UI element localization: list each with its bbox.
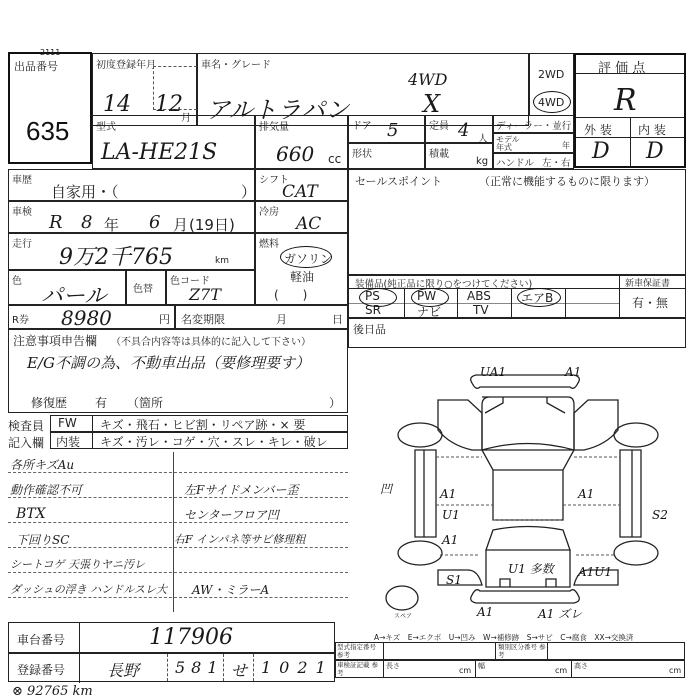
doors-value: 5 <box>387 120 398 141</box>
doors-cell: ドア 5 <box>348 115 425 143</box>
width-label: 幅 <box>478 661 485 671</box>
mark-rear-bumper-left: A1 <box>477 605 493 619</box>
inspector-label-1: 検査員 <box>8 417 44 434</box>
fuel-cell: 燃料 ガソリン 軽油 ( ) <box>255 233 348 305</box>
interior-score: D <box>646 139 664 164</box>
color-label: 色 <box>12 272 22 287</box>
mileage-label: 走行 <box>12 235 32 250</box>
width-unit: cm <box>555 666 567 675</box>
first-registration-month: 12 <box>155 92 183 117</box>
registration-class: 581 <box>175 658 224 677</box>
remarks-area: 各所キズAu 動作確認不可 BTX 下回りSC シートコゲ 天張りヤニ汚レ ダッ… <box>8 452 348 612</box>
footer-mileage: ⊗ 92765 km <box>12 684 93 699</box>
capacity-value: 4 <box>458 120 469 141</box>
mark-roof-rear: U1 多数 <box>508 560 554 577</box>
fw-label: FW <box>58 416 77 430</box>
name-change-day: 日 <box>332 311 343 327</box>
exterior-score: D <box>592 139 610 164</box>
name-change-month: 月 <box>276 311 287 327</box>
inspection-day: (19日) <box>189 214 235 235</box>
damage-diagram: UA1 A1 凹 A1 U1 A1 A1 S2 U1 多数 S1 A1U1 A1… <box>360 355 700 620</box>
load-unit: kg <box>476 156 488 167</box>
registration-label: 登録番号 <box>17 661 65 678</box>
capacity-label: 定員 <box>429 117 449 132</box>
sales-point-note: （正常に機能するものに限ります） <box>479 173 655 189</box>
chassis-cell: 車台番号 117906 <box>8 622 335 653</box>
inspection-label: 車検 <box>12 203 32 218</box>
sales-point-cell: セールスポイント （正常に機能するものに限ります） <box>348 169 686 275</box>
inspector-section: 検査員 記入欄 FW キズ・飛石・ヒビ割・リペア跡・× 要 内装 キズ・汚レ・コ… <box>8 415 348 449</box>
mark-front-bumper-left: UA1 <box>480 365 506 379</box>
repair-history-place: （箇所 <box>127 394 163 411</box>
mileage-unit: km <box>215 256 229 266</box>
handle-label: ハンドル <box>496 155 534 169</box>
model-value: LA-HE21S <box>101 140 217 165</box>
usage-cell: 車歴 自家用・（ ） <box>8 169 255 201</box>
lot-number-box: 出品番号 2111 635 <box>8 52 92 164</box>
remark-left-3: BTX <box>16 506 46 522</box>
score-value: R <box>614 83 637 118</box>
recycle-unit: 円 <box>159 311 170 327</box>
shape-label: 形状 <box>352 145 372 160</box>
score-box: 評 価 点 R 外 装 内 装 D D <box>574 53 686 168</box>
reference-table: 型式指定番号 参考 類別区分番号 参考 車検証記載 参考 長さ cm 幅 cm … <box>335 642 685 678</box>
mileage-cell: 走行 9万2千765 km <box>8 233 255 270</box>
model-cell: 型式 LA-HE21S <box>92 115 255 169</box>
recycle-cell: R券 8980 円 <box>8 305 175 329</box>
equip-pw-circle <box>411 288 449 307</box>
inspection-month-unit: 月 <box>173 214 188 235</box>
interior-inspect-label: 内装 <box>56 433 80 450</box>
model-year-unit: 年 <box>562 140 570 151</box>
inspector-label-2: 記入欄 <box>8 434 44 451</box>
equip-abs[interactable]: ABS <box>467 289 491 303</box>
inspection-month: 6 <box>149 212 160 233</box>
color-change-label: 色替 <box>133 280 153 295</box>
length-unit: cm <box>459 666 471 675</box>
color-code: Z7T <box>189 285 221 304</box>
first-registration-label: 初度登録年月 <box>96 56 156 71</box>
cert-label: 車検証記載 参考 <box>337 661 383 677</box>
warranty-value[interactable]: 有・無 <box>632 294 668 311</box>
displacement-label: 排気量 <box>259 118 289 133</box>
category-label: 類別区分番号 参考 <box>498 643 546 659</box>
model-label: 型式 <box>96 118 116 133</box>
drive-note: 4WD <box>408 70 447 89</box>
interior-inspect-items: キズ・汚レ・コゲ・穴・スレ・キレ・破レ <box>100 433 328 450</box>
remark-left-1: 各所キズAu <box>10 456 74 473</box>
model-spec-label: 型式指定番号 参考 <box>337 643 383 659</box>
mileage-value: 9万2千765 <box>59 240 173 271</box>
load-label: 積載 <box>429 145 449 160</box>
color-cell: 色 パール <box>8 270 126 305</box>
shift-cell: シフト CAT <box>255 169 348 201</box>
usage-value: 自家用・（ <box>51 181 119 202</box>
usage-label: 車歴 <box>12 171 32 186</box>
mark-right-side: S2 <box>652 508 668 522</box>
handle-cell: ハンドル 左・右 <box>493 153 574 169</box>
car-outline-icon <box>360 355 700 620</box>
inspection-era: R <box>49 212 63 233</box>
sales-point-label: セールスポイント <box>355 173 442 189</box>
fuel-label: 燃料 <box>259 235 279 250</box>
inspection-year: 8 <box>81 212 92 233</box>
mark-rear-bumper-right: A1 ズレ <box>538 605 582 622</box>
dealer-label: ディーラー・並行 <box>496 118 571 132</box>
notes-text: E/G不調の為、不動車出品（要修理要す） <box>27 352 310 373</box>
displacement-cell: 排気量 660 cc <box>255 115 348 169</box>
drive-2wd[interactable]: 2WD <box>538 68 564 81</box>
remark-left-4: 下回りSC <box>16 531 69 548</box>
height-label: 高さ <box>574 661 588 671</box>
fuel-option-other[interactable]: ( ) <box>274 286 307 303</box>
equip-airbag-circle <box>517 288 561 307</box>
color-code-cell: 色コード Z7T <box>166 270 255 305</box>
inspection-cell: 車検 R 8 年 6 月 (19日) <box>8 201 255 233</box>
mark-left-side: 凹 <box>380 480 392 497</box>
drive-cell: 2WD 4WD <box>529 53 574 116</box>
color-change-cell: 色替 <box>126 270 166 305</box>
usage-close: ） <box>241 181 256 202</box>
shape-cell: 形状 <box>348 143 425 169</box>
handle-options: 左・右 <box>542 155 571 169</box>
later-items-cell: 後日品 <box>348 318 686 348</box>
equip-ps-circle <box>359 288 397 307</box>
dealer-cell: ディーラー・並行 <box>493 115 574 133</box>
inspection-year-unit: 年 <box>104 214 119 235</box>
repair-history-close: ） <box>329 394 341 411</box>
repair-history-value: 有 <box>95 394 107 411</box>
notes-label: 注意事項申告欄 <box>13 332 97 349</box>
remark-right-3: センターフロア凹 <box>184 506 279 523</box>
height-unit: cm <box>669 666 681 675</box>
displacement-value: 660 <box>276 142 314 166</box>
mark-rear-right-fender: A1U1 <box>578 565 612 579</box>
repair-history-label: 修復歴 <box>31 394 67 411</box>
notes-sub: （不具合内容等は具体的に記入して下さい） <box>111 333 311 348</box>
remark-left-5: シートコゲ 天張りヤニ汚レ <box>10 556 145 572</box>
lot-number: 635 <box>26 116 69 147</box>
exterior-label: 外 装 <box>584 121 612 138</box>
car-grade: X <box>423 90 440 118</box>
drive-4wd-circle <box>533 91 571 113</box>
lot-code: 2111 <box>40 48 60 57</box>
recycle-label: R券 <box>12 311 29 326</box>
interior-label: 内 装 <box>638 121 666 138</box>
chassis-value: 117906 <box>149 625 233 650</box>
name-change-label: 名変期限 <box>181 311 225 327</box>
registration-region: 長野 <box>107 658 139 681</box>
mark-left-door-mid: U1 <box>442 508 460 522</box>
remark-left-6: ダッシュの浮き ハンドルスレ大 <box>10 581 167 597</box>
displacement-unit: cc <box>328 152 341 166</box>
mark-left-door-rear: A1 <box>442 533 458 547</box>
remark-right-4: 右F インパネ等サビ修理粗 <box>174 531 305 547</box>
registration-number: 1021 <box>261 658 334 677</box>
notes-cell: 注意事項申告欄 （不具合内容等は具体的に記入して下さい） E/G不調の為、不動車… <box>8 329 348 413</box>
capacity-cell: 定員 4 人 <box>425 115 493 143</box>
chassis-label: 車台番号 <box>17 631 65 648</box>
fuel-selected-circle <box>280 246 332 268</box>
length-label: 長さ <box>386 661 400 671</box>
car-name-label: 車名・グレード <box>201 56 271 71</box>
remark-left-2: 動作確認不可 <box>10 481 82 498</box>
remark-right-6: AW・ミラーA <box>192 581 269 598</box>
doors-label: ドア <box>352 117 372 132</box>
later-items-label: 後日品 <box>353 321 386 337</box>
ac-cell: 冷房 AC <box>255 201 348 233</box>
fw-items: キズ・飛石・ヒビ割・リペア跡・× 要 <box>100 416 305 433</box>
registration-kana: せ <box>231 658 247 681</box>
ac-label: 冷房 <box>259 203 279 218</box>
name-change-cell: 名変期限 月 日 <box>175 305 348 329</box>
mark-front-bumper-right: A1 <box>565 365 581 379</box>
load-cell: 積載 kg <box>425 143 493 169</box>
mark-left-door-front: A1 <box>440 487 456 501</box>
ac-value: AC <box>296 214 321 234</box>
equip-tv[interactable]: TV <box>473 303 489 317</box>
first-registration-year: 14 <box>103 92 131 117</box>
fuel-option-diesel[interactable]: 軽油 <box>290 268 314 285</box>
mark-rear-left-fender: S1 <box>446 573 462 587</box>
lot-number-label: 出品番号 <box>14 58 58 74</box>
model-year-cell: モデル年式 年 <box>493 133 574 153</box>
remark-right-2: 左Fサイドメンバー歪 <box>184 481 299 498</box>
spare-label: スペア <box>394 611 412 620</box>
model-year-label: モデル年式 <box>496 136 526 152</box>
equipment-cell: 装備品(純正品に限り○をつけてください) 新車保証書 有・無 PS PW ABS… <box>348 275 686 318</box>
mark-right-door: A1 <box>578 487 594 501</box>
shift-value: CAT <box>282 182 318 202</box>
recycle-value: 8980 <box>61 306 112 330</box>
registration-cell: 登録番号 長野 581 せ 1021 <box>8 653 335 682</box>
